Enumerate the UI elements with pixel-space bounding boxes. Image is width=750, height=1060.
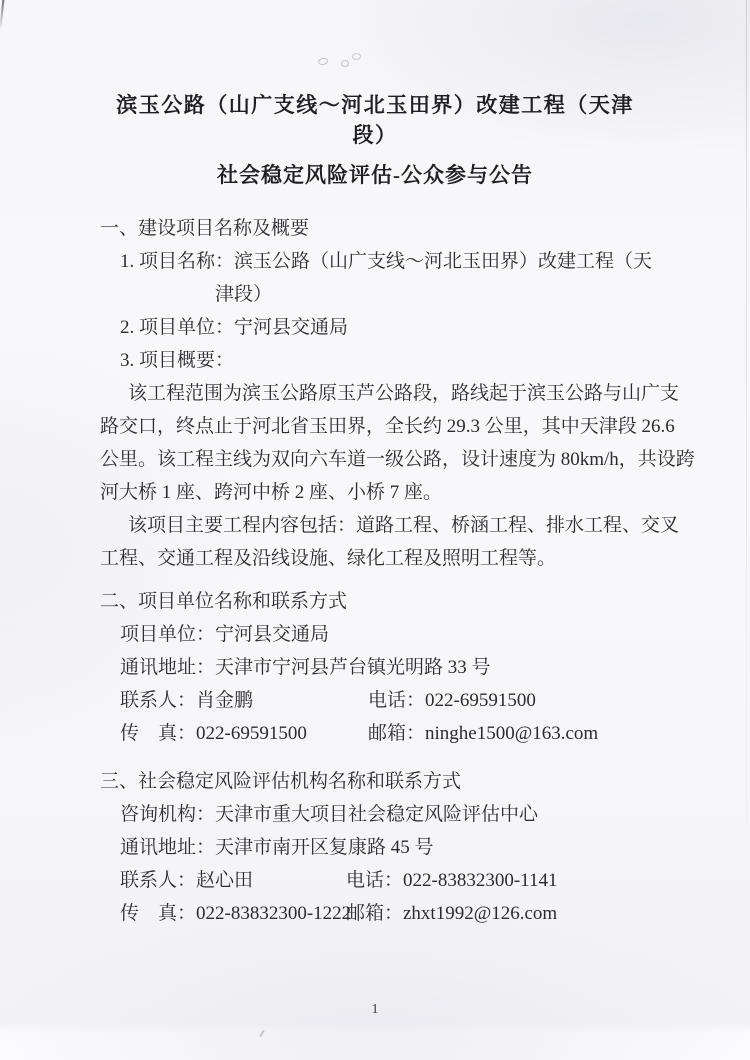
section-3-org-line: 咨询机构：天津市重大项目社会稳定风险评估中心	[100, 798, 650, 831]
summary-paragraph-1-line-3: 公里。该工程主线为双向六车道一级公路，设计速度为 80km/h，共设跨	[100, 443, 650, 476]
section-3-heading: 三、社会稳定风险评估机构名称和联系方式	[100, 765, 650, 798]
project-unit-item: 2. 项目单位：宁河县交通局	[100, 311, 650, 344]
section-2-address-line: 通讯地址：天津市宁河县芦台镇光明路 33 号	[100, 651, 650, 684]
section-2-unit-line: 项目单位：宁河县交通局	[100, 618, 650, 651]
project-summary-item: 3. 项目概要：	[100, 344, 650, 377]
page-number: 1	[100, 1000, 650, 1020]
scanned-document-page: 滨玉公路（山广支线～河北玉田界）改建工程（天津段） 社会稳定风险评估-公众参与公…	[0, 0, 750, 1060]
section-3-contact-row: 联系人：赵心田 电话：022-83832300-1141	[100, 864, 650, 897]
section-2-fax: 传 真：022-69591500	[120, 717, 368, 750]
summary-paragraph-2-line-1: 该项目主要工程内容包括：道路工程、桥涵工程、排水工程、交叉	[100, 509, 650, 542]
section-2-contact-row: 联系人：肖金鹏 电话：022-69591500	[100, 684, 650, 717]
summary-paragraph-1-line-4: 河大桥 1 座、跨河中桥 2 座、小桥 7 座。	[100, 476, 650, 509]
document-title-line-2: 社会稳定风险评估-公众参与公告	[100, 160, 650, 190]
section-2-contact-person: 联系人：肖金鹏	[120, 684, 368, 717]
scan-speck	[259, 1030, 264, 1037]
summary-paragraph-2-line-2: 工程、交通工程及沿线设施、绿化工程及照明工程等。	[100, 542, 650, 575]
section-2-heading: 二、项目单位名称和联系方式	[100, 585, 650, 618]
document-title-line-1: 滨玉公路（山广支线～河北玉田界）改建工程（天津段）	[100, 90, 650, 150]
section-3-email: 邮箱：zhxt1992@126.com	[346, 897, 557, 930]
section-2-phone: 电话：022-69591500	[368, 684, 536, 717]
section-2-fax-row: 传 真：022-69591500 邮箱：ninghe1500@163.com	[100, 717, 650, 750]
section-1-heading: 一、建设项目名称及概要	[100, 212, 650, 245]
summary-paragraph-1-line-1: 该工程范围为滨玉公路原玉芦公路段，路线起于滨玉公路与山广支	[100, 377, 650, 410]
section-3-fax-row: 传 真：022-83832300-1222 邮箱：zhxt1992@126.co…	[100, 897, 650, 930]
section-3-phone: 电话：022-83832300-1141	[346, 864, 557, 897]
document-content: 滨玉公路（山广支线～河北玉田界）改建工程（天津段） 社会稳定风险评估-公众参与公…	[0, 0, 750, 1020]
summary-paragraph-1-line-2: 路交口，终点止于河北省玉田界，全长约 29.3 公里，其中天津段 26.6	[100, 410, 650, 443]
project-name-line-1: 1. 项目名称：滨玉公路（山广支线～河北玉田界）改建工程（天	[100, 245, 650, 278]
project-name-line-2: 津段）	[100, 278, 650, 311]
section-3-address-line: 通讯地址：天津市南开区复康路 45 号	[100, 831, 650, 864]
section-3-contact-person: 联系人：赵心田	[120, 864, 346, 897]
section-2-email: 邮箱：ninghe1500@163.com	[368, 717, 598, 750]
section-3-fax: 传 真：022-83832300-1222	[120, 897, 346, 930]
